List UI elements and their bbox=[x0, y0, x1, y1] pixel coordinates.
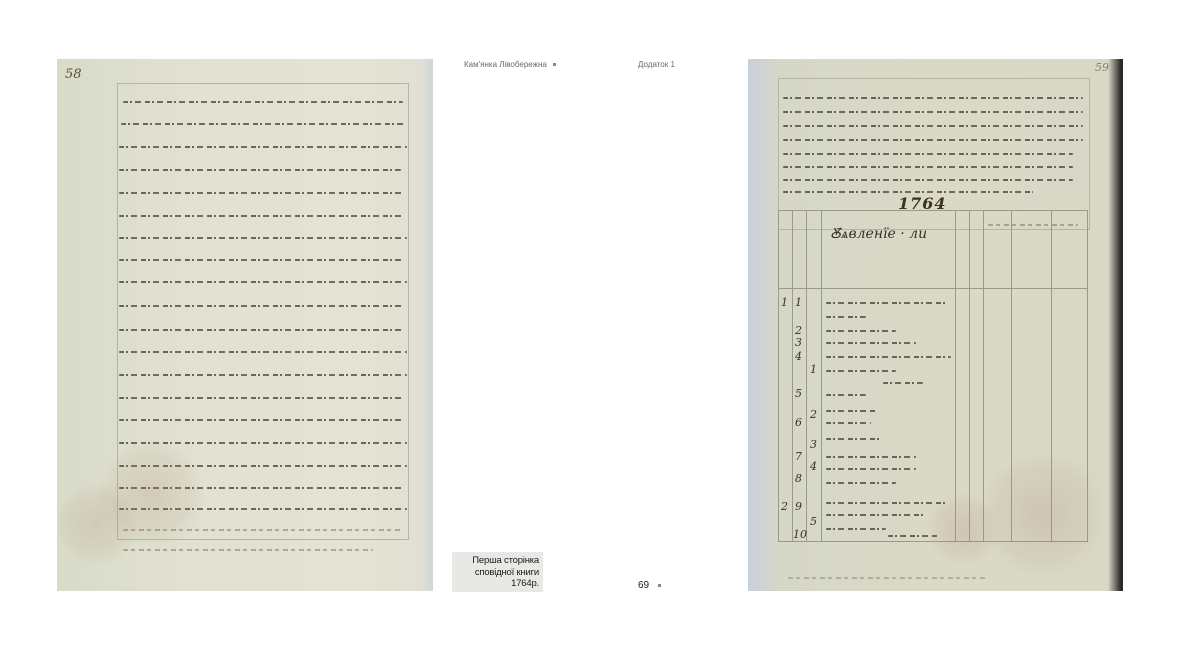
manuscript-scan-left: 58 bbox=[57, 59, 433, 591]
square-bullet-icon bbox=[658, 584, 661, 587]
running-head-right: Додаток 1 bbox=[638, 60, 675, 69]
water-stain bbox=[978, 449, 1108, 579]
row-number: 4 bbox=[795, 350, 802, 363]
water-stain bbox=[57, 479, 137, 569]
faded-bottom-note bbox=[788, 577, 988, 579]
page-number: 69 bbox=[638, 580, 661, 591]
folio-mark: 58 bbox=[65, 67, 82, 82]
folio-mark: 59 bbox=[1095, 61, 1109, 74]
row-number: 3 bbox=[810, 438, 817, 451]
page-number-text: 69 bbox=[638, 580, 649, 591]
row-number: 7 bbox=[795, 450, 802, 463]
row-number: 8 bbox=[795, 472, 802, 485]
caption-line-3: 1764р. bbox=[452, 578, 539, 590]
row-number: 1 bbox=[795, 296, 802, 309]
running-head-left: Кам'янка Лівобережна bbox=[464, 60, 556, 69]
running-head-left-text: Кам'янка Лівобережна bbox=[464, 60, 547, 69]
row-number: 1 bbox=[810, 363, 817, 376]
water-stain bbox=[928, 489, 998, 569]
caption-line-1: Перша сторінка bbox=[452, 555, 539, 567]
row-number: 2 bbox=[781, 500, 788, 513]
row-number: 4 bbox=[810, 460, 817, 473]
row-number: 5 bbox=[795, 387, 802, 400]
row-number: 9 bbox=[795, 500, 802, 513]
table-column-header: Ꙋ҄ѧвленїе · ли bbox=[830, 224, 927, 243]
figure-caption: Перша сторінка сповідної книги 1764р. bbox=[452, 552, 543, 592]
row-number: 5 bbox=[810, 515, 817, 528]
row-number: 2 bbox=[810, 408, 817, 421]
row-number: 10 bbox=[793, 528, 807, 541]
row-number: 6 bbox=[795, 416, 802, 429]
running-head-right-text: Додаток 1 bbox=[638, 60, 675, 69]
caption-line-2: сповідної книги bbox=[452, 567, 539, 579]
row-number: 3 bbox=[795, 336, 802, 349]
manuscript-scan-right: 59 1764 Ꙋ҄ѧвленїе · ли 1 2 1 2 3 4 5 bbox=[748, 59, 1123, 591]
square-bullet-icon bbox=[553, 63, 556, 66]
row-number: 1 bbox=[781, 296, 788, 309]
